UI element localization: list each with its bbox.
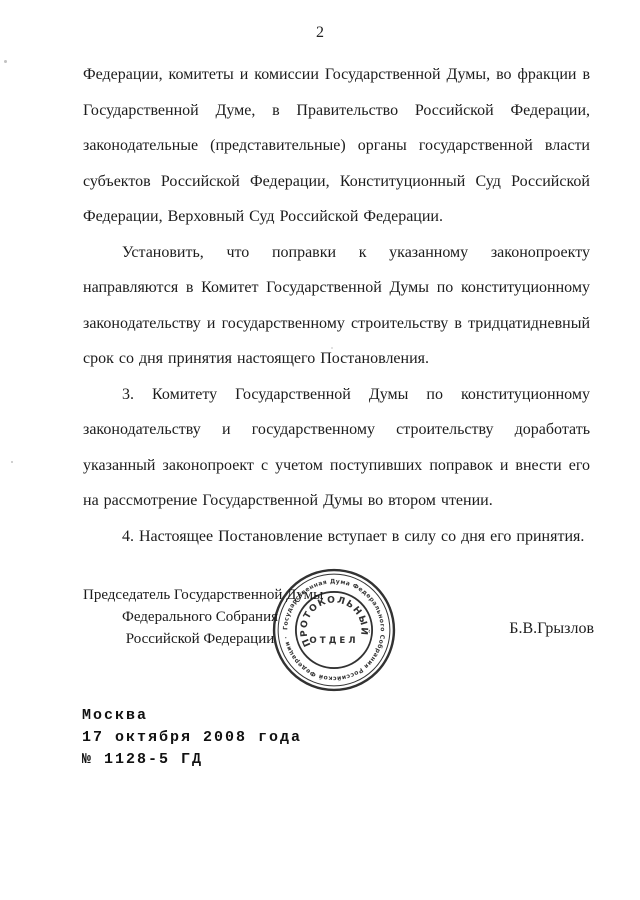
page-number: 2 xyxy=(0,24,640,42)
scan-speck xyxy=(331,347,333,349)
svg-text:Государственная Дума Федеральн: Государственная Дума Федерального Собран… xyxy=(282,578,386,682)
footer-document-number: № 1128-5 ГД xyxy=(82,749,302,771)
paragraph-continuation: Федерации, комитеты и комиссии Государст… xyxy=(83,57,590,235)
footer-date: 17 октября 2008 года xyxy=(82,727,302,749)
document-page: 2 Федерации, комитеты и комиссии Государ… xyxy=(0,0,640,900)
scan-speck xyxy=(11,461,13,463)
document-body: Федерации, комитеты и комиссии Государст… xyxy=(83,57,590,554)
footer-block: Москва 17 октября 2008 года № 1128-5 ГД xyxy=(82,705,302,771)
footer-city: Москва xyxy=(82,705,302,727)
paragraph-item-2: Установить, что поправки к указанному за… xyxy=(83,235,590,377)
signatory-name: Б.В.Грызлов xyxy=(509,620,594,638)
stamp-center-text: ОТДЕЛ xyxy=(309,636,358,646)
stamp-graphic: Государственная Дума Федерального Собран… xyxy=(270,566,398,694)
stamp-middle-ring xyxy=(278,574,390,686)
paragraph-item-4: 4. Настоящее Постановление вступает в си… xyxy=(83,519,590,555)
stamp-ring-text: Государственная Дума Федерального Собран… xyxy=(282,578,386,682)
paragraph-item-3: 3. Комитету Государственной Думы по конс… xyxy=(83,377,590,519)
stamp-outer-ring xyxy=(274,570,394,690)
protocol-department-stamp-seal: Государственная Дума Федерального Собран… xyxy=(270,566,398,694)
scan-speck xyxy=(4,60,7,63)
